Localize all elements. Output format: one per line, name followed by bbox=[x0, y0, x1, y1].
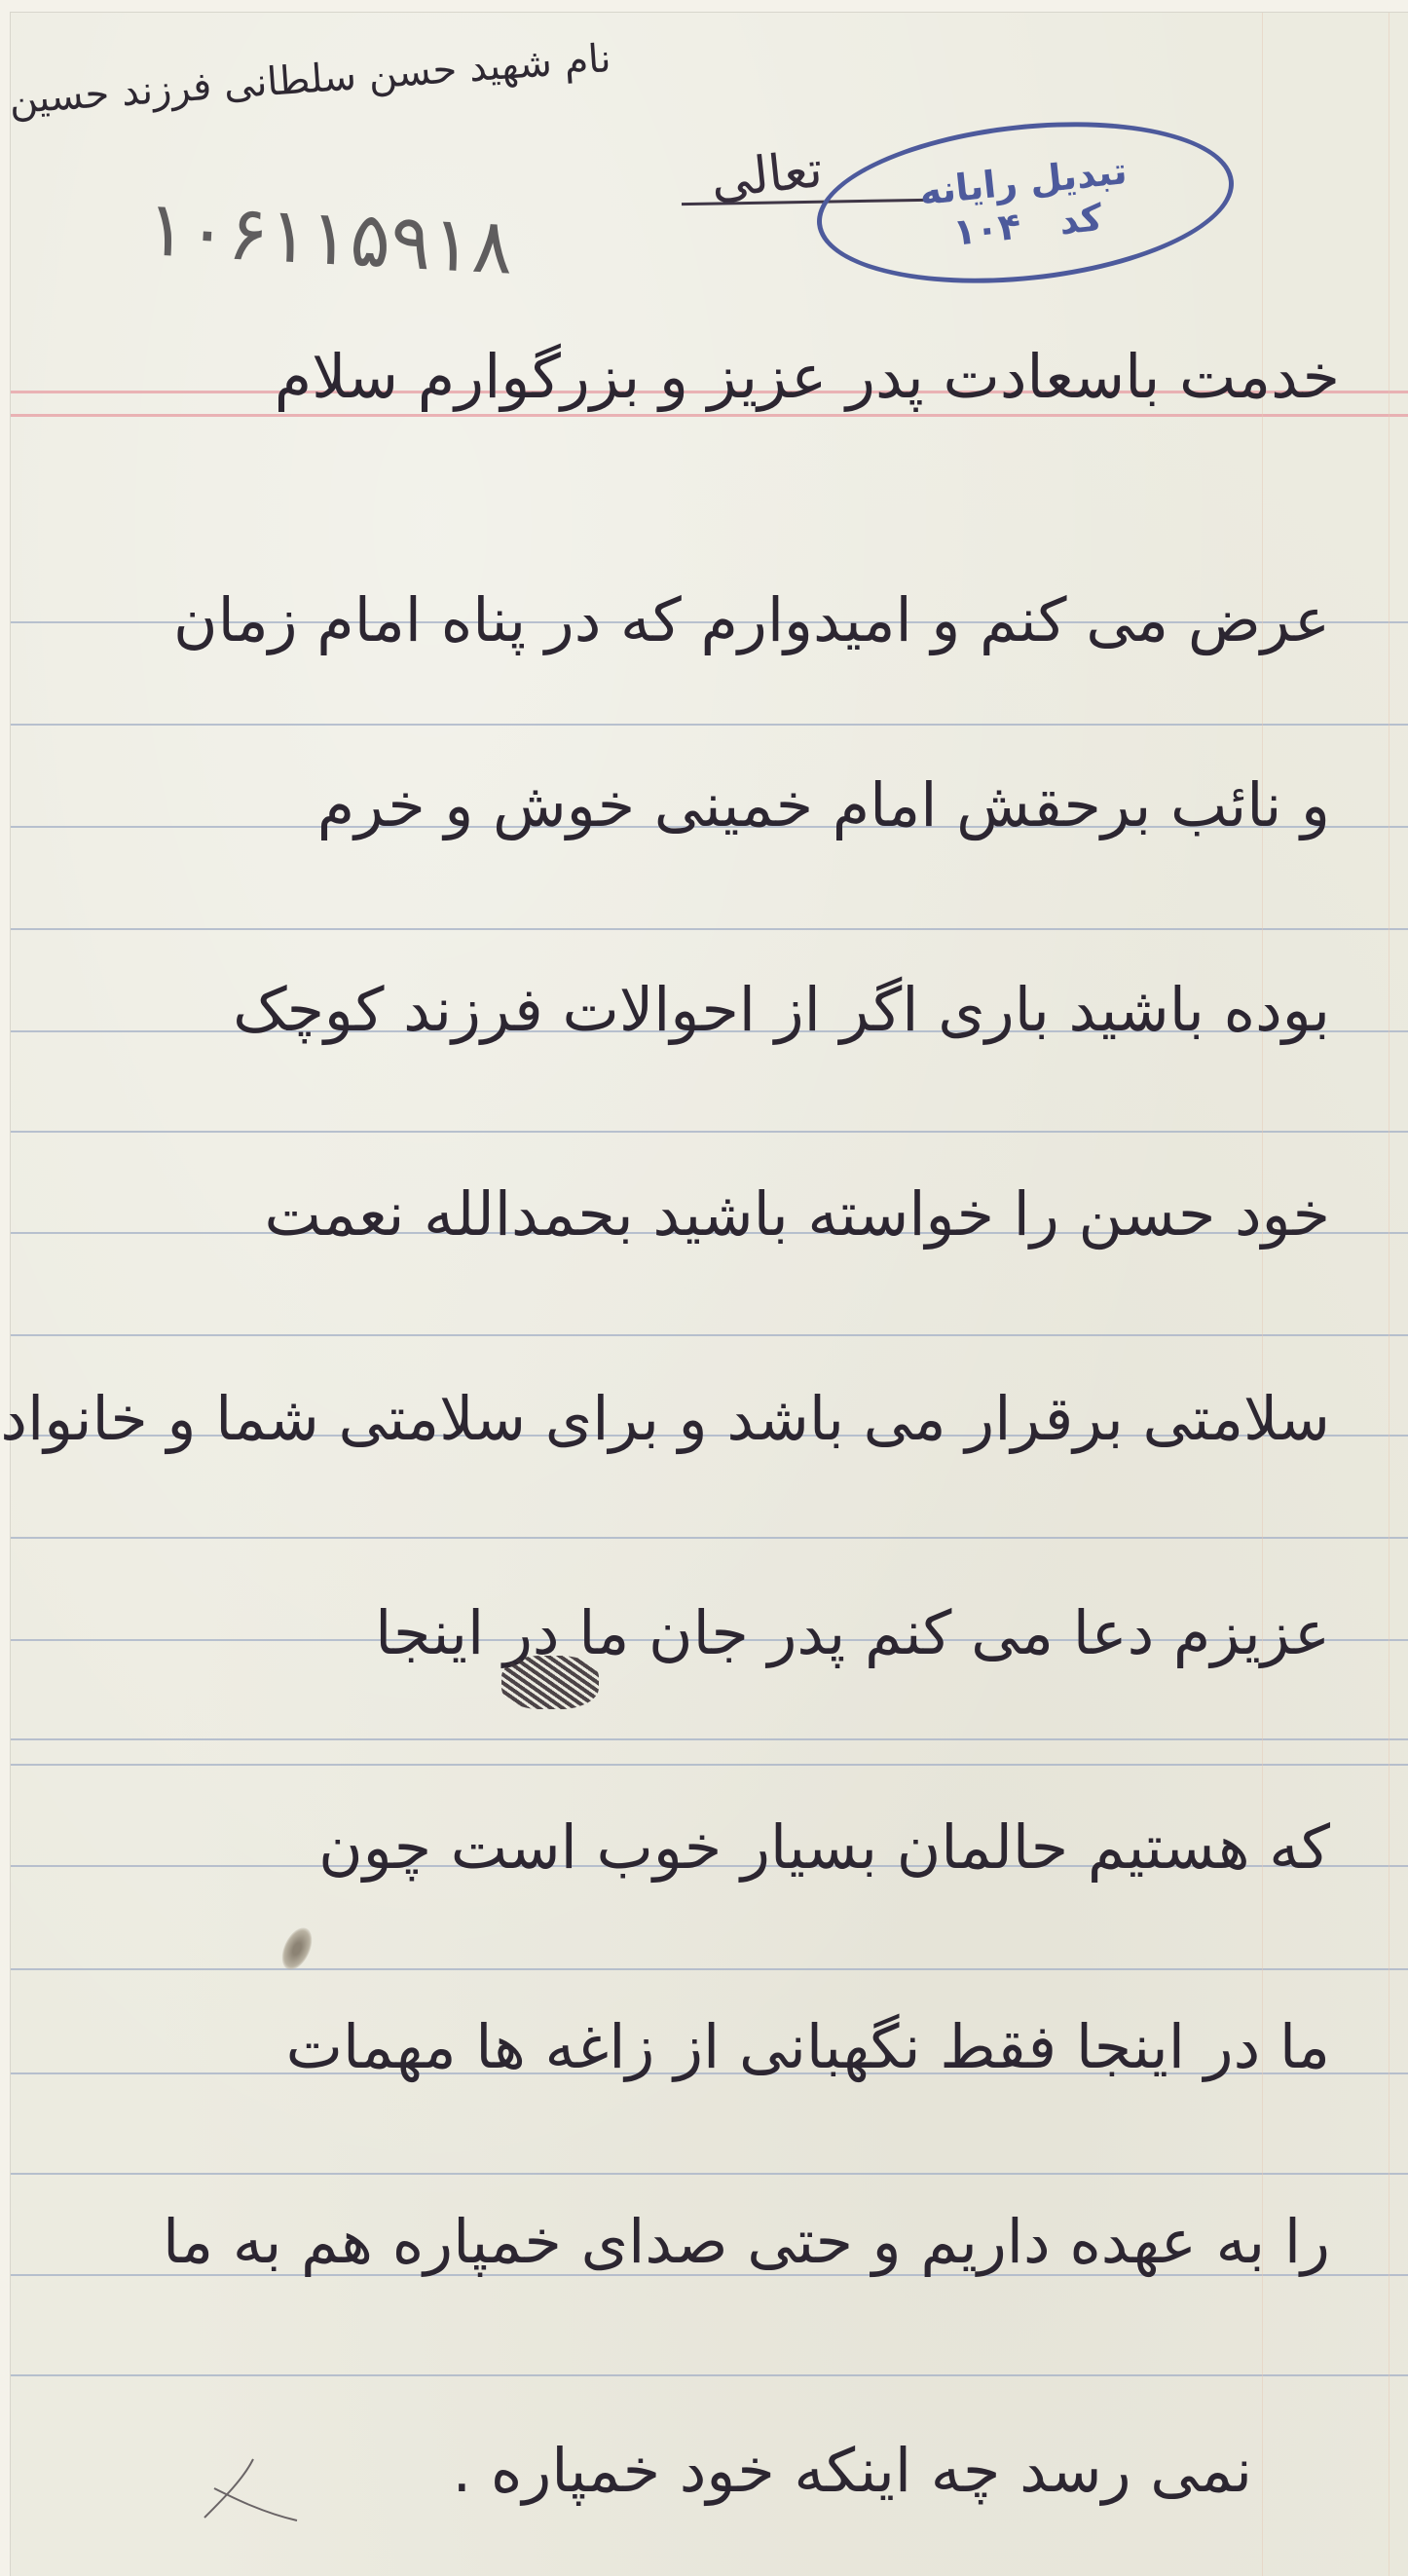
blue-rule bbox=[11, 2374, 1408, 2376]
paper-fold bbox=[1389, 13, 1389, 2576]
letter-line-2: عرض می کنم و امیدوارم که در پناه امام زم… bbox=[173, 584, 1330, 655]
letter-line-11: نمی رسد چه اینکه خود خمپاره . bbox=[452, 2435, 1252, 2506]
letter-line-10: را به عهده داریم و حتی صدای خمپاره هم به… bbox=[163, 2206, 1330, 2277]
x-signature-mark bbox=[195, 2454, 302, 2522]
letter-line-9: ما در اینجا فقط نگهبانی از زاغه ها مهمات bbox=[286, 2011, 1330, 2082]
red-rule bbox=[11, 414, 1408, 417]
letter-line-6: سلامتی برقرار می باشد و برای سلامتی شما … bbox=[0, 1383, 1330, 1454]
blue-rule bbox=[11, 1764, 1408, 1766]
blue-rule bbox=[11, 1131, 1408, 1133]
blue-rule bbox=[11, 1537, 1408, 1539]
stamp-code-value: ۱۰۴ bbox=[951, 205, 1023, 254]
blue-rule bbox=[11, 928, 1408, 930]
letter-line-4: بوده باشید باری اگر از احوالات فرزند کوچ… bbox=[233, 974, 1330, 1045]
crossed-out-word bbox=[501, 1656, 599, 1709]
blue-rule bbox=[11, 724, 1408, 726]
letter-line-1: خدمت باسعادت پدر عزیز و بزرگوارم سلام bbox=[275, 341, 1340, 412]
blue-rule bbox=[11, 2173, 1408, 2175]
blue-rule bbox=[11, 1738, 1408, 1740]
letter-line-5: خود حسن را خواسته باشید بحمدالله نعمت bbox=[265, 1178, 1330, 1250]
letter-line-8: که هستیم حالمان بسیار خوب است چون bbox=[318, 1811, 1330, 1883]
blue-rule bbox=[11, 1968, 1408, 1970]
letter-line-3: و نائب برحقش امام خمینی خوش و خرم bbox=[317, 769, 1330, 840]
blue-rule bbox=[11, 1334, 1408, 1336]
stamp-code-label: کد bbox=[1057, 196, 1104, 243]
letter-line-7: عزیزم دعا می کنم پدر جان ما در اینجا bbox=[375, 1597, 1330, 1668]
